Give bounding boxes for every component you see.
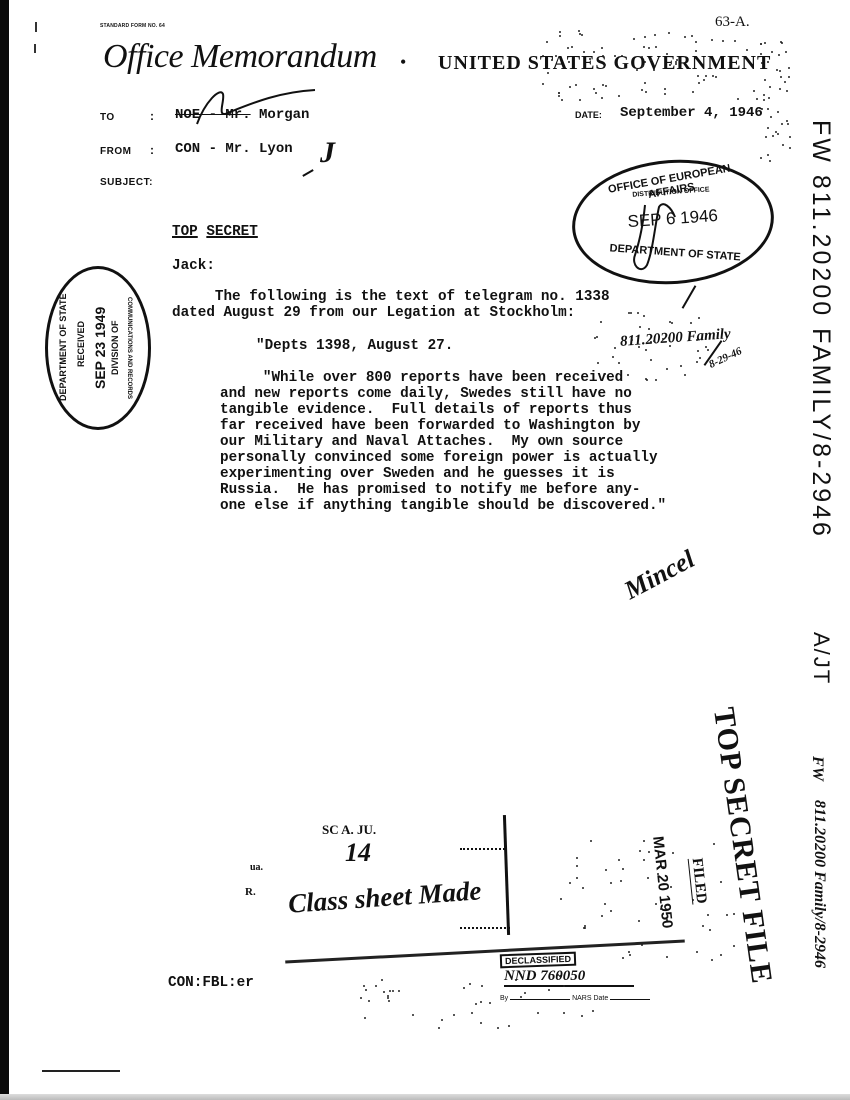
routing-slip-left-2: R. [245,886,256,898]
declassified-authority: NND 760050 [504,968,634,987]
telegram-line: "While over 800 reports have been receiv… [220,370,666,386]
date-label: DATE: [575,110,602,120]
strikeout-pen-stroke [185,82,325,132]
received-division: DIVISION OF [110,303,120,393]
margin-file-number: FW 811.20200 FAMILY/8-2946 [806,120,835,539]
received-outer-left: DEPARTMENT OF STATE [58,279,68,415]
punch-mark [35,22,37,32]
title-separator: • [400,52,406,73]
routing-slip-edge [503,815,510,935]
margin-handwritten-prefix: FW [808,756,826,781]
scan-edge-bottom [0,1094,850,1100]
footer-rule [42,1070,120,1072]
pen-slash [682,285,697,309]
punch-mark [34,44,36,53]
from-initial: J [320,136,335,170]
telegram-line: experimenting over Sweden and he guesses… [220,466,666,482]
declassified-date-label: NARS Date [572,995,608,1002]
classification: TOP SECRET [172,224,258,240]
declassified-by-row: By NARS Date [500,995,650,1002]
classification-secret: SECRET [206,224,257,240]
telegram-line: personally convinced some foreign power … [220,450,666,466]
classification-top: TOP [172,224,198,240]
declassified-label: DECLASSIFIED [500,952,576,969]
initial-stroke [302,169,313,177]
margin-routing: A/JT [808,632,834,685]
signature: Mincel [619,544,699,606]
telegram-line: Russia. He has promised to notify me bef… [220,482,666,498]
form-number: STANDARD FORM NO. 64 [100,23,165,29]
telegram-text: "While over 800 reports have been receiv… [220,370,666,514]
telegram-line: tangible evidence. Full details of repor… [220,402,666,418]
telegram-reference: "Depts 1398, August 27. [256,338,453,354]
page-number: 63-A. [715,14,750,31]
date-value: September 4, 1946 [620,105,763,121]
from-value: CON - Mr. Lyon [175,141,293,157]
filed-stamp: FILED [688,857,710,904]
salutation: Jack: [172,258,215,274]
telegram-line: and new reports come daily, Swedes still… [220,386,666,402]
stamp-signature-scrawl [615,195,695,280]
memo-title: Office Memorandum [103,38,377,76]
subject-label: SUBJECT: [100,177,153,188]
declassified-stamp: DECLASSIFIED NND 760050 By NARS Date [500,950,650,1002]
scan-edge-left [0,0,9,1100]
reference-initials: CON:FBL:er [168,975,254,991]
class-sheet-note: Class sheet Made [287,875,482,919]
routing-slip-top: SC A. JU. [322,822,376,838]
handwritten-file-date: 8-29-46 [707,345,744,371]
received-stamp: DEPARTMENT OF STATE RECEIVED SEP 23 1949… [45,266,151,430]
intro-line: The following is the text of telegram no… [172,289,610,305]
routing-number: 14 [345,838,371,868]
filed-date: MAR 20 1950 [649,835,676,929]
received-date: SEP 23 1949 [92,293,108,403]
intro-paragraph: The following is the text of telegram no… [172,289,610,321]
telegram-line: one else if anything tangible should be … [220,498,666,514]
declassified-by-label: By [500,995,508,1002]
to-label: TO [100,112,115,123]
received-label: RECEIVED [76,299,86,389]
routing-slip-left-1: ua. [250,862,263,873]
routing-slip-line [460,848,505,850]
from-colon: : [150,143,154,157]
routing-slip-line [460,927,510,929]
margin-handwritten-file-number: 811.20200 Family/8-2946 [810,800,828,968]
telegram-line: far received have been forwarded to Wash… [220,418,666,434]
received-outer-right: COMMUNICATIONS AND RECORDS [126,283,132,413]
telegram-line: our Military and Naval Attaches. My own … [220,434,666,450]
to-colon: : [150,109,154,123]
from-label: FROM [100,146,131,157]
intro-line: dated August 29 from our Legation at Sto… [172,305,610,321]
top-secret-file-stamp: TOP SECRET FILE [706,705,778,986]
